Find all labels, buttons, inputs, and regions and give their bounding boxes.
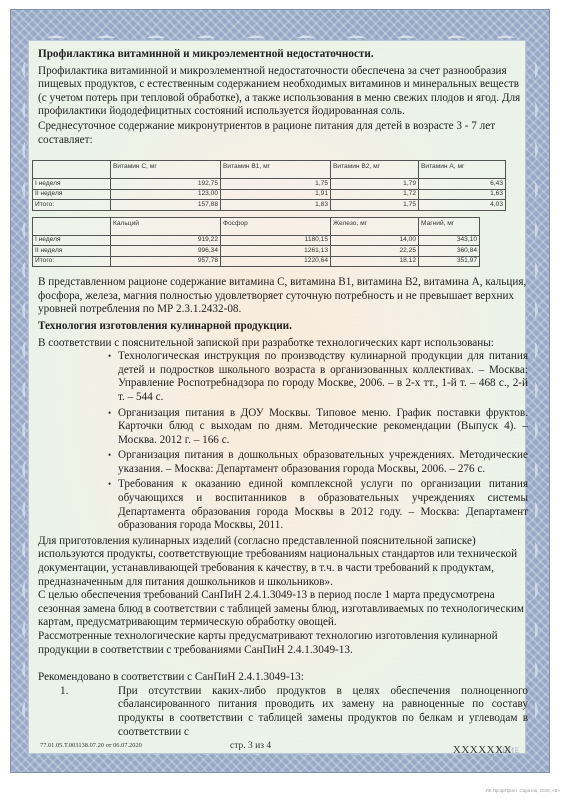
value-cell: 4,03 <box>419 200 506 211</box>
value-cell: 1,75 <box>221 179 331 190</box>
value-cell: 1220,64 <box>221 256 331 267</box>
row-label-cell: I неделя <box>33 179 111 190</box>
value-cell: 1,79 <box>331 179 419 190</box>
row-label-cell: Итого: <box>33 256 111 267</box>
value-cell: 1261,13 <box>221 246 331 257</box>
table-header-cell: Кальций <box>111 217 221 235</box>
value-cell: 957,78 <box>111 256 221 267</box>
vitamins-table: Витамин С, мгВитамин В1, мгВитамин В2, м… <box>32 160 506 211</box>
vitamins-paragraph: Профилактика витаминной и микроэлементно… <box>38 65 528 119</box>
micronutrients-intro: Среднесуточное содержание микронутриенто… <box>38 120 528 147</box>
table-header-row: КальцийФосфорЖелезо, мгМагний, мг <box>33 217 480 235</box>
technology-intro: В соответствии с пояснительной запиской … <box>38 337 528 351</box>
value-cell: 351,97 <box>419 256 480 267</box>
page-number: стр. 3 из 4 <box>230 741 271 751</box>
row-label-cell: II неделя <box>33 189 111 200</box>
row-label-cell: I неделя <box>33 235 111 246</box>
value-cell: 1,91 <box>221 189 331 200</box>
value-cell: 1,75 <box>331 200 419 211</box>
table-header-cell <box>33 161 111 179</box>
recommendations-intro: Рекомендовано в соответствии с СанПиН 2.… <box>38 671 528 685</box>
section-heading-technology: Технология изготовления кулинарной проду… <box>38 320 528 334</box>
signature-placeholder: XXXXXXX <box>453 744 512 756</box>
table-header-cell: Витамин В1, мг <box>221 161 331 179</box>
value-cell: 1,63 <box>419 189 506 200</box>
value-cell: 996,34 <box>111 246 221 257</box>
value-cell: 1,83 <box>221 200 331 211</box>
minerals-table: КальцийФосфорЖелезо, мгМагний, мгI недел… <box>32 217 480 268</box>
recommendation-item: 1. При отсутствии каких-либо продуктов в… <box>118 685 528 739</box>
value-cell: 6,43 <box>419 179 506 190</box>
border-ornament-right <box>535 50 545 740</box>
value-cell: 343,10 <box>419 235 480 246</box>
table-header-cell: Железо, мг <box>331 217 419 235</box>
table-row: Итого:957,781220,6418,12351,97 <box>33 256 480 267</box>
table-row: II неделя996,341261,1322,25360,84 <box>33 246 480 257</box>
table-header-cell: Магний, мг <box>419 217 480 235</box>
sources-list: Технологическая инструкция по производст… <box>38 350 528 533</box>
value-cell: 22,25 <box>331 246 419 257</box>
value-cell: 360,84 <box>419 246 480 257</box>
row-label-cell: II неделя <box>33 246 111 257</box>
value-cell: 1180,15 <box>221 235 331 246</box>
source-item: Организация питания в дошкольных образов… <box>118 449 528 476</box>
table-header-cell: Витамин С, мг <box>111 161 221 179</box>
table-header-row: Витамин С, мгВитамин В1, мгВитамин В2, м… <box>33 161 506 179</box>
value-cell: 1,72 <box>331 189 419 200</box>
printer-imprint: ИК ПрофПринт, Саратов, 2020, «В» <box>486 788 560 793</box>
row-label-cell: Итого: <box>33 200 111 211</box>
value-cell: 14,00 <box>331 235 419 246</box>
seasonal-paragraph: С целью обеспечения требований СанПиН 2.… <box>38 589 528 630</box>
border-ornament-left <box>15 50 25 740</box>
table-row: I неделя919,221180,1514,00343,10 <box>33 235 480 246</box>
table-header-cell: Витамин В2, мг <box>331 161 419 179</box>
section-heading-vitamins: Профилактика витаминной и микроэлементно… <box>38 48 528 62</box>
table-header-cell: Фосфор <box>221 217 331 235</box>
recommendations-list: 1. При отсутствии каких-либо продуктов в… <box>38 685 528 739</box>
page-footer: 77.01.05.Т.003138.07.20 от 06.07.2020 ст… <box>40 742 520 756</box>
source-item: Технологическая инструкция по производст… <box>118 350 528 404</box>
border-ornament-top <box>31 22 531 38</box>
table-header-cell <box>33 217 111 235</box>
document-number: 77.01.05.Т.003138.07.20 от 06.07.2020 <box>40 742 142 749</box>
source-item: Требования к оказанию единой комплексной… <box>118 478 528 532</box>
table-row: Итого:157,881,831,754,03 <box>33 200 506 211</box>
source-item: Организация питания в ДОУ Москвы. Типово… <box>118 407 528 448</box>
nutrients-conclusion: В представленном рационе содержание вита… <box>38 276 528 317</box>
document-body: Профилактика витаминной и микроэлементно… <box>38 48 528 739</box>
tech-cards-paragraph: Рассмотренные технологические карты пред… <box>38 630 528 657</box>
table-row: II неделя123,001,911,721,63 <box>33 189 506 200</box>
table-row: I неделя192,751,751,796,43 <box>33 179 506 190</box>
value-cell: 123,00 <box>111 189 221 200</box>
products-paragraph: Для приготовления кулинарных изделий (со… <box>38 535 528 589</box>
table-header-cell: Витамин А, мг <box>419 161 506 179</box>
value-cell: 919,22 <box>111 235 221 246</box>
value-cell: 157,88 <box>111 200 221 211</box>
value-cell: 192,75 <box>111 179 221 190</box>
value-cell: 18,12 <box>331 256 419 267</box>
